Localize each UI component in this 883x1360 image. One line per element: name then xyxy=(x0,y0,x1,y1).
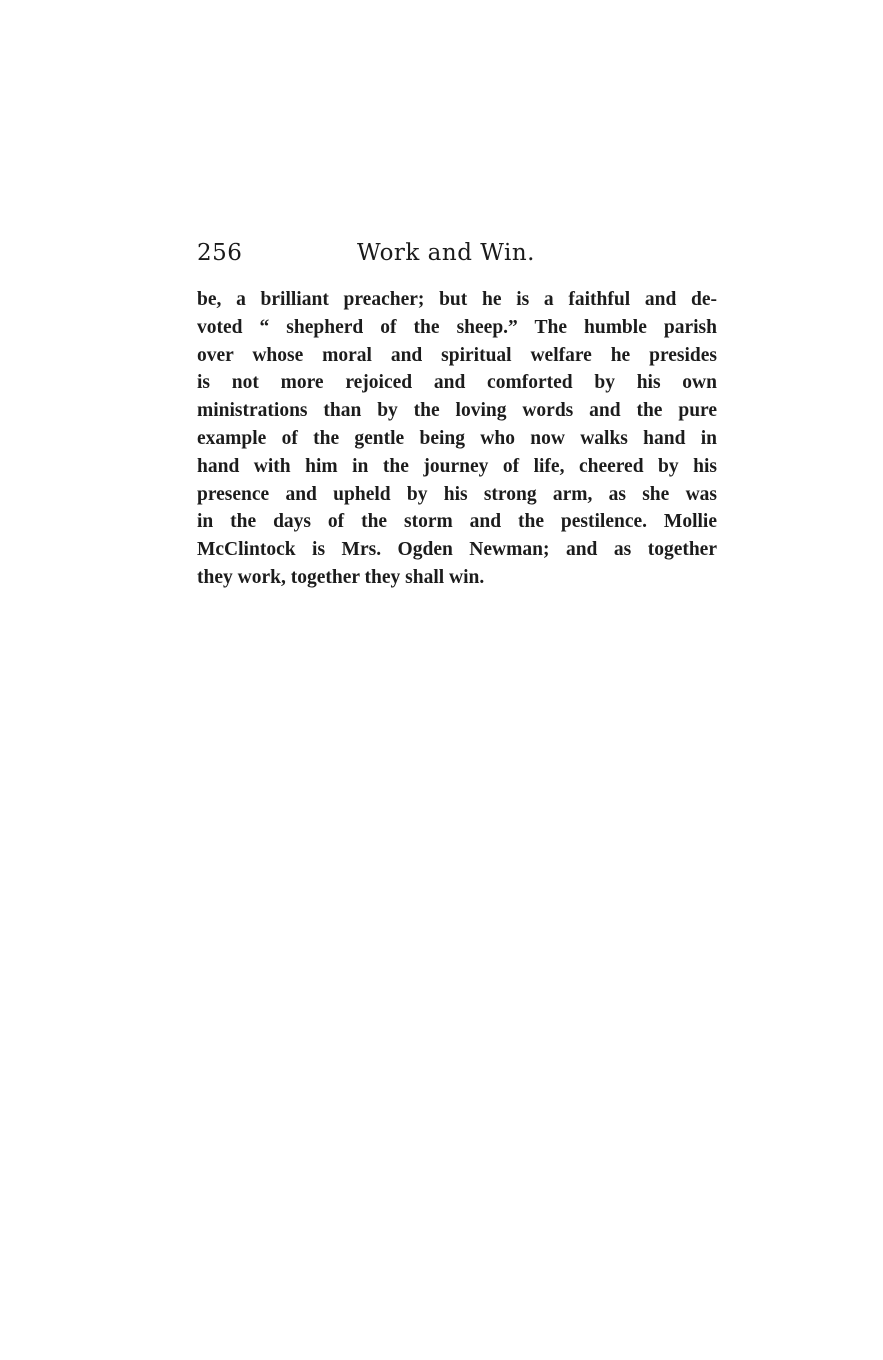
book-page: 256 Work and Win. be, a brilliant preach… xyxy=(0,0,883,1360)
text-line: in the days of the storm and the pestile… xyxy=(197,508,717,536)
text-line-last: they work, together they shall win. xyxy=(197,564,717,592)
text-line: voted “ shepherd of the sheep.” The humb… xyxy=(197,314,717,342)
text-line: McClintock is Mrs. Ogden Newman; and as … xyxy=(197,536,717,564)
text-line: hand with him in the journey of life, ch… xyxy=(197,453,717,481)
text-line: example of the gentle being who now walk… xyxy=(197,425,717,453)
text-line: over whose moral and spiritual welfare h… xyxy=(197,342,717,370)
running-title: Work and Win. xyxy=(357,240,535,266)
text-line: is not more rejoiced and comforted by hi… xyxy=(197,369,717,397)
text-line: be, a brilliant preacher; but he is a fa… xyxy=(197,286,717,314)
body-paragraph: be, a brilliant preacher; but he is a fa… xyxy=(197,286,717,592)
text-line: ministrations than by the loving words a… xyxy=(197,397,717,425)
page-number: 256 xyxy=(197,240,242,266)
running-head: 256 Work and Win. xyxy=(197,240,717,274)
text-line: presence and upheld by his strong arm, a… xyxy=(197,481,717,509)
